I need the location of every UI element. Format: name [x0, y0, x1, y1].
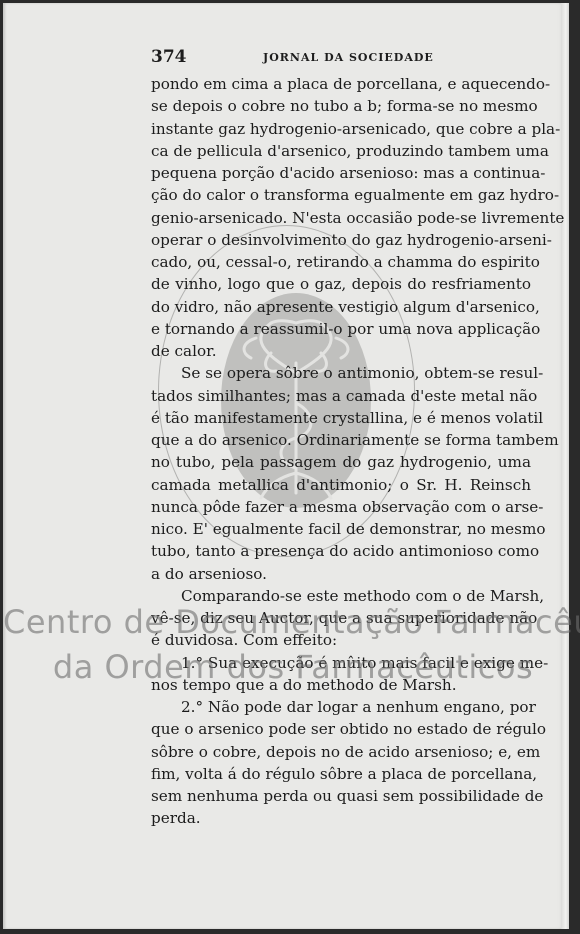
text-line: pondo em cima a placa de porcellana, e a…	[151, 73, 531, 95]
text-line: a do arsenioso.	[151, 563, 531, 585]
running-head: JORNAL DA SOCIEDADE	[263, 51, 434, 64]
text-line: Se se opera sôbre o antimonio, obtem-se …	[151, 362, 531, 384]
text-line: é tão manifestamente crystallina, e é me…	[151, 407, 531, 429]
list-item: 2.° Não pode dar logar a nenhum engano, …	[151, 696, 531, 830]
paragraph: pondo em cima a placa de porcellana, e a…	[151, 73, 531, 362]
text-line: de calor.	[151, 340, 531, 362]
text-line: que o arsenico pode ser obtido no estado…	[151, 718, 531, 740]
text-line: nico. E' egualmente facil de demonstrar,…	[151, 518, 531, 540]
scanned-page: 374 JORNAL DA SOCIEDADE pondo em cima a …	[3, 3, 569, 929]
text-line: se depois o cobre no tubo a b; forma-se …	[151, 95, 531, 117]
text-line: perda.	[151, 807, 531, 829]
text-line: tubo, tanto a presença do acido antimoni…	[151, 540, 531, 562]
page-header: 374 JORNAL DA SOCIEDADE	[151, 47, 531, 67]
text-line: no tubo, pela passagem do gaz hydrogenio…	[151, 451, 531, 473]
text-line: operar o desinvolvimento do gaz hydrogen…	[151, 229, 531, 251]
text-line: e tornando a reassumil-o por uma nova ap…	[151, 318, 531, 340]
page-number: 374	[151, 47, 187, 67]
text-line: 2.° Não pode dar logar a nenhum engano, …	[151, 696, 531, 718]
page-edge	[561, 3, 569, 929]
text-line: de vinho, logo que o gaz, depois do resf…	[151, 273, 531, 295]
watermark-line-2: da Ordem dos Farmacêuticos	[3, 648, 580, 686]
text-line: sôbre o cobre, depois no de acido arseni…	[151, 741, 531, 763]
text-line: camada metallica d'antimonio; o Sr. H. R…	[151, 474, 531, 496]
text-line: ção do calor o transforma egualmente em …	[151, 184, 531, 206]
text-line: sem nenhuma perda ou quasi sem possibili…	[151, 785, 531, 807]
text-line: que a do arsenico. Ordinariamente se for…	[151, 429, 531, 451]
text-line: tados similhantes; mas a camada d'este m…	[151, 385, 531, 407]
paragraph: Se se opera sôbre o antimonio, obtem-se …	[151, 362, 531, 585]
text-line: fim, volta á do régulo sôbre a placa de …	[151, 763, 531, 785]
text-line: do vidro, não apresente vestigio algum d…	[151, 296, 531, 318]
body-text: pondo em cima a placa de porcellana, e a…	[151, 73, 531, 830]
text-line: ca de pellicula d'arsenico, produzindo t…	[151, 140, 531, 162]
text-line: genio-arsenicado. N'esta occasião pode-s…	[151, 207, 531, 229]
text-line: cado, ou, cessal-o, retirando a chamma d…	[151, 251, 531, 273]
text-line: pequena porção d'acido arsenioso: mas a …	[151, 162, 531, 184]
text-line: instante gaz hydrogenio-arsenicado, que …	[151, 118, 531, 140]
watermark-line-1: Centro de Documentação Farmacêutica	[3, 603, 580, 641]
text-line: nunca pôde fazer a mesma observação com …	[151, 496, 531, 518]
